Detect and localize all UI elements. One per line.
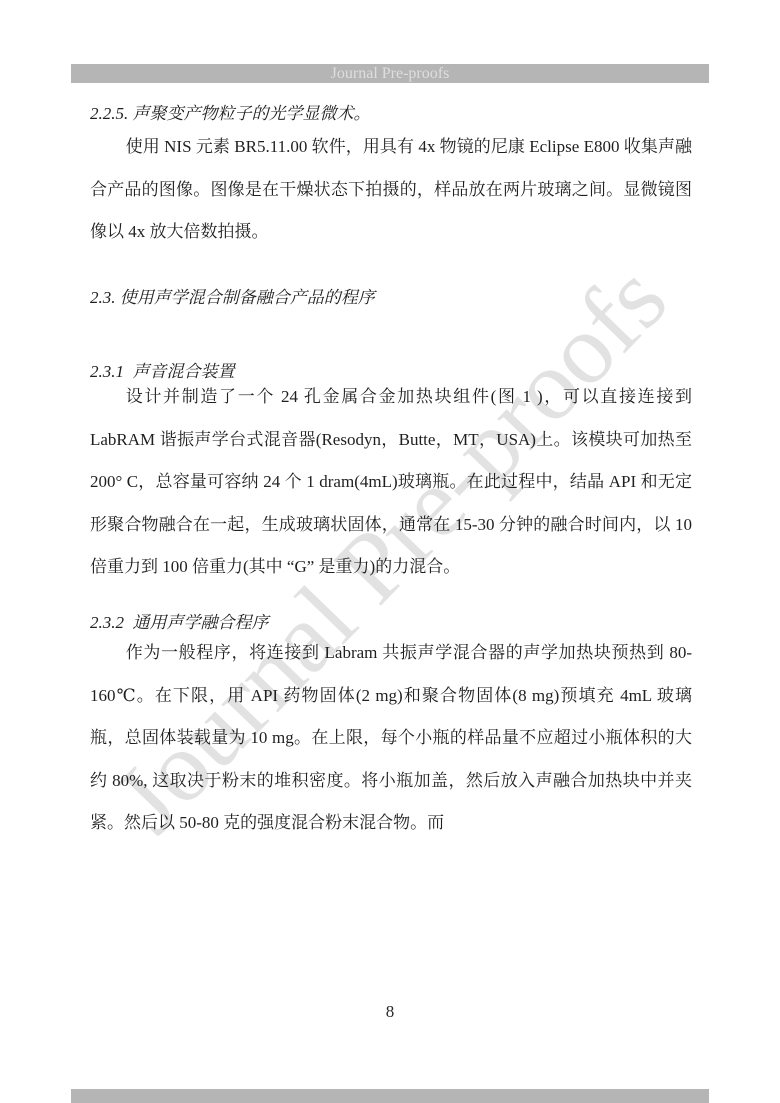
section-heading-2-3: 2.3. 使用声学混合制备融合产品的程序 (90, 277, 692, 320)
header-bar: Journal Pre-proofs (71, 64, 709, 83)
footer-bar (71, 1089, 709, 1103)
document-page: Journal Pre-proofs Journal Pre-proofs 2.… (0, 0, 780, 1103)
paragraph-acoustic-mixing-device: 设计并制造了一个 24 孔金属合金加热块组件(图 1 )，可以直接连接到 Lab… (90, 376, 692, 589)
header-bar-label: Journal Pre-proofs (331, 65, 450, 82)
paragraph-general-fusion-procedure: 作为一般程序，将连接到 Labram 共振声学混合器的声学加热块预热到 80-1… (90, 632, 692, 845)
paragraph-optical-microscopy: 使用 NIS 元素 BR5.11.00 软件，用具有 4x 物镜的尼康 Ecli… (90, 126, 692, 254)
page-number: 8 (0, 1002, 780, 1022)
